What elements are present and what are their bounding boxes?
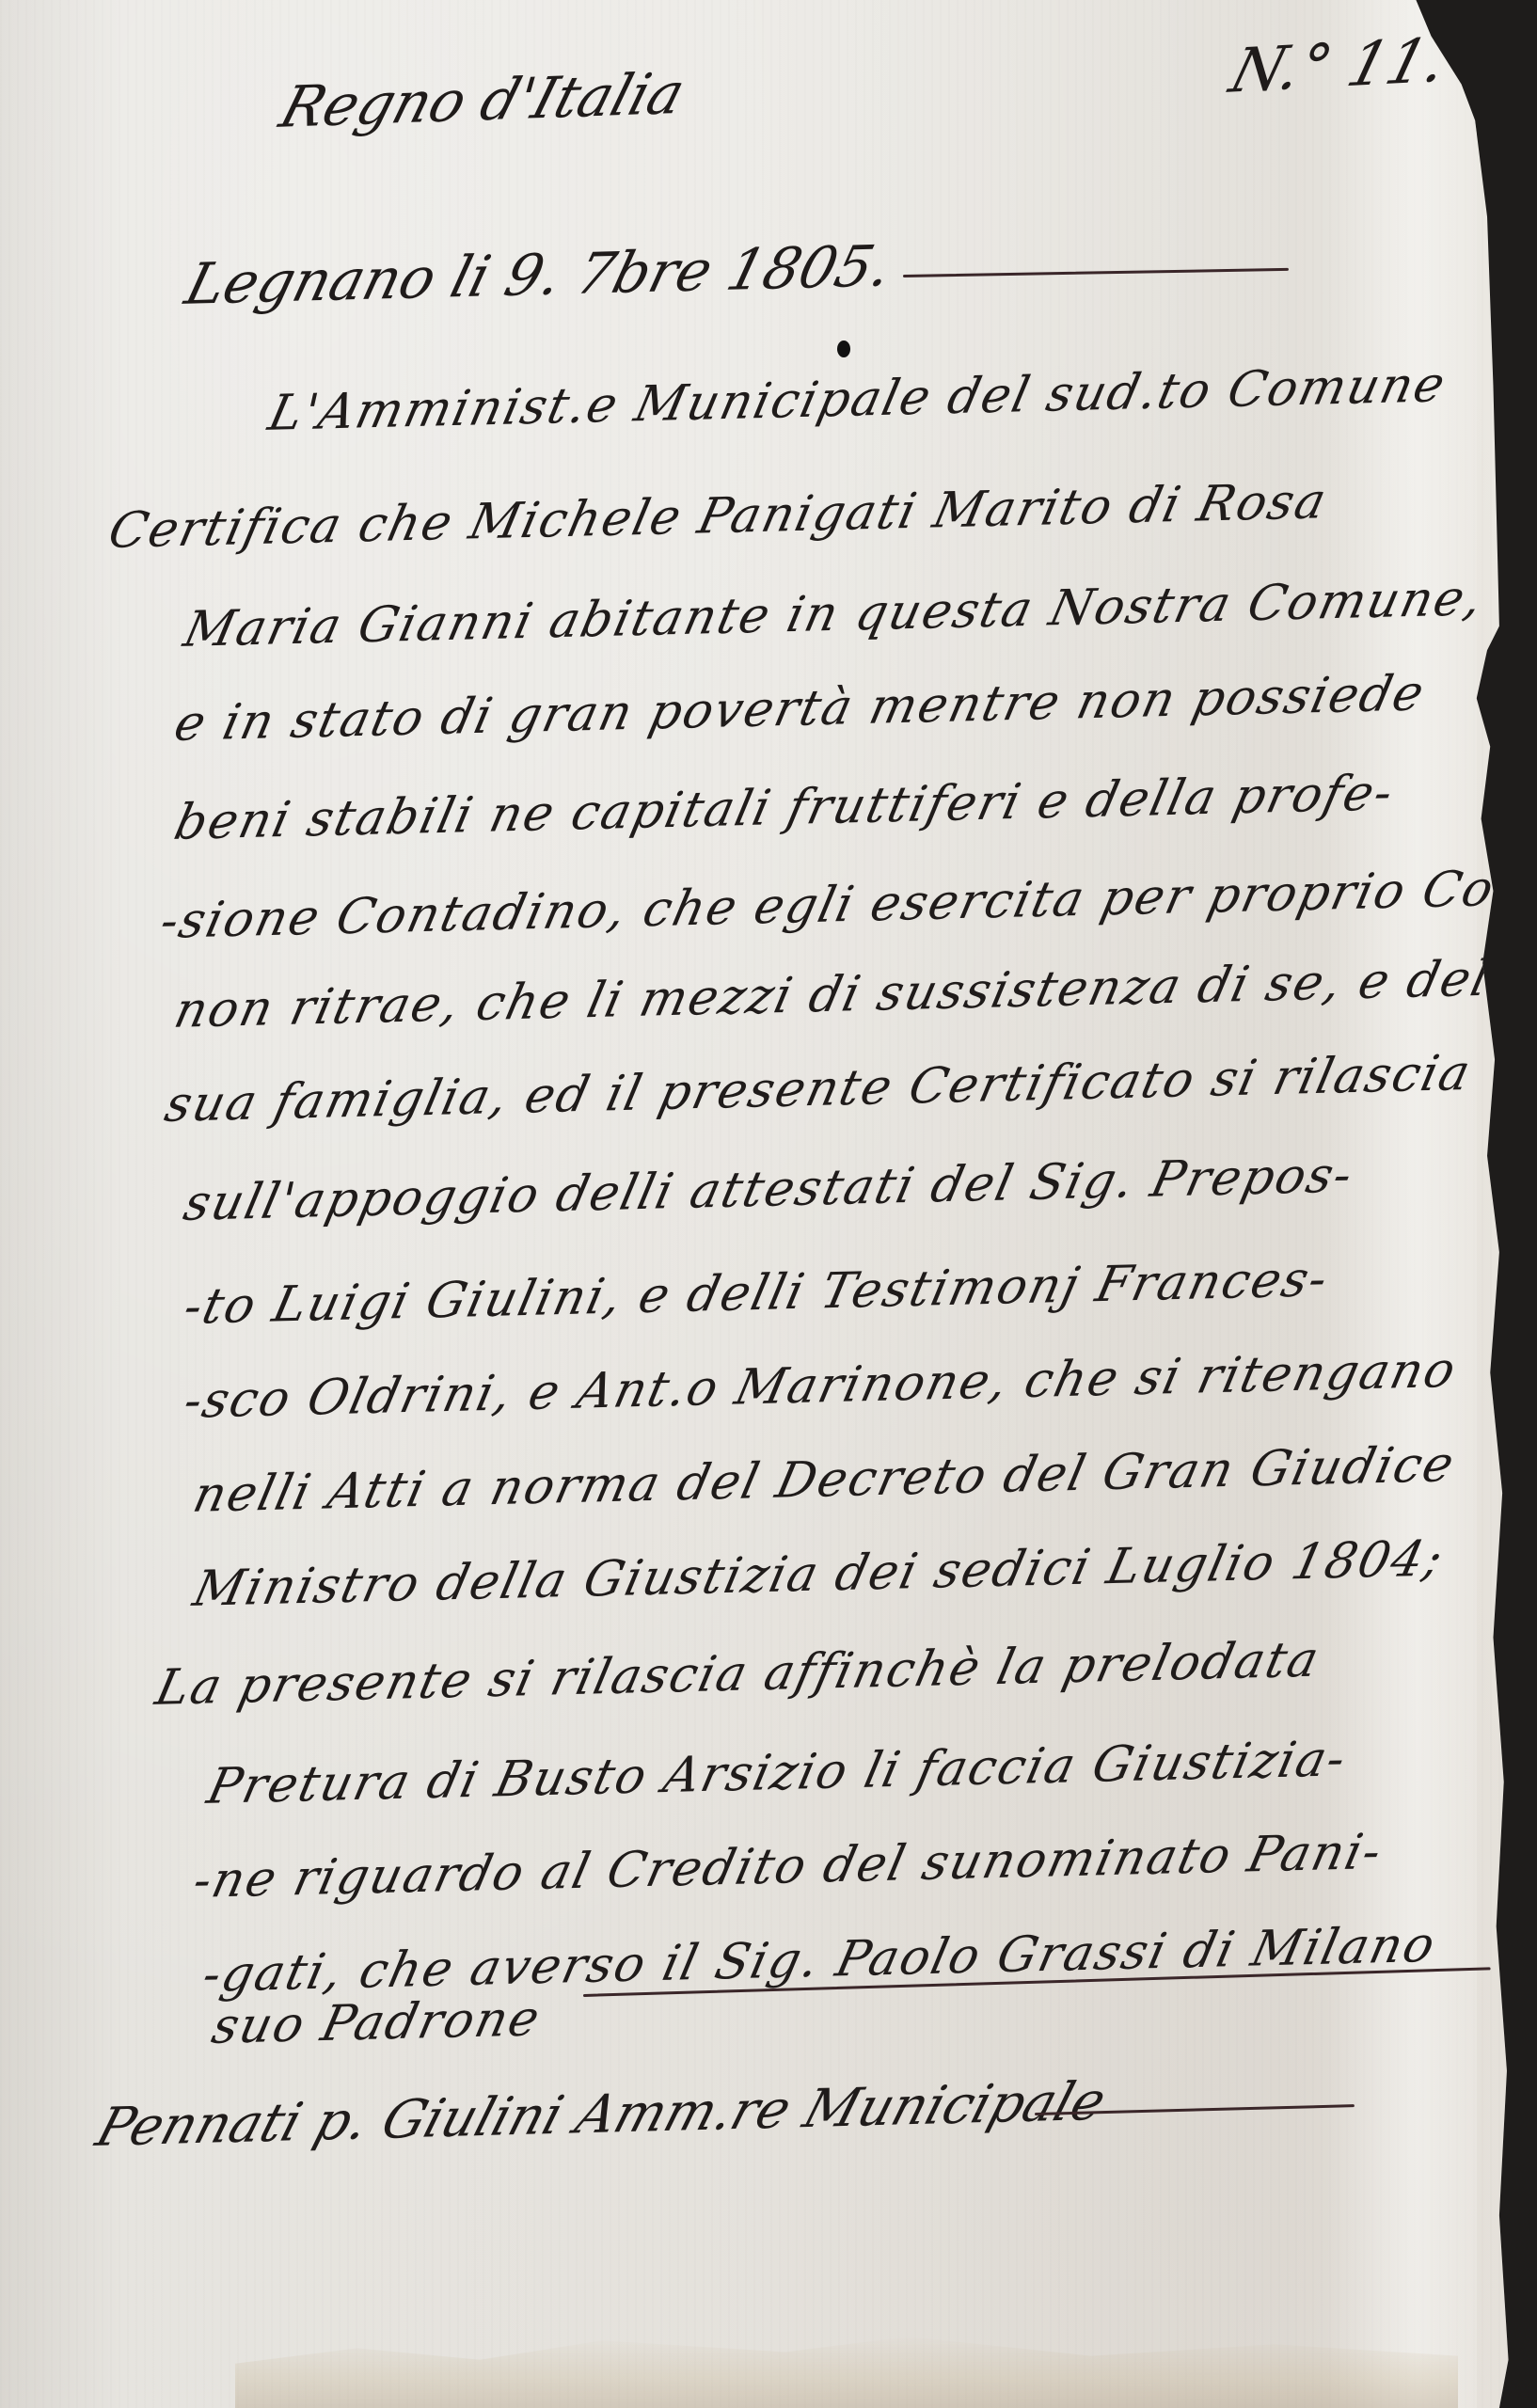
date-rule — [903, 268, 1289, 277]
text-line-12: nelli Atti a norma del Decreto del Gran … — [188, 1436, 1461, 1524]
text-line-3: Maria Gianni abitante in questa Nostra C… — [179, 570, 1489, 658]
text-line-4: e in stato di gran povertà mentre non po… — [169, 665, 1431, 752]
document-paper: Regno d'Italia N.° 11. Legnano li 9. 7br… — [0, 0, 1514, 2408]
text-line-16: -ne riguardo al Credito del sunominato P… — [188, 1824, 1388, 1909]
date-line: Legnano li 9. 7bre 1805. — [179, 233, 898, 318]
text-line-2: Certifica che Michele Panigati Marito di… — [103, 473, 1333, 560]
reference-number: N.° 11. — [1223, 25, 1454, 107]
ink-dot — [837, 341, 850, 357]
text-line-17: -gati, che averso il Sig. Paolo Grassi d… — [198, 1917, 1442, 2004]
text-line-5: beni stabili ne capitali fruttiferi e de… — [169, 765, 1400, 851]
text-line-11: -sco Oldrini, e Ant.o Marinone, che si r… — [179, 1342, 1462, 1430]
water-stain — [235, 2333, 1458, 2408]
text-line-14: La presente si rilascia affinchè la prel… — [151, 1631, 1325, 1717]
document-heading: Regno d'Italia — [273, 60, 692, 141]
text-line-13: Ministro della Giustizia dei sedici Lugl… — [188, 1530, 1450, 1618]
text-line-18: suo Padrone — [207, 1990, 547, 2055]
text-line-1: L'Amminist.e Municipale del sud.to Comun… — [263, 356, 1451, 442]
text-line-8: sua famiglia, ed il presente Certificato… — [160, 1045, 1477, 1133]
text-line-9: sull'appoggio delli attestati del Sig. P… — [179, 1147, 1359, 1232]
text-line-10: -to Luigi Giulini, e delli Testimonj Fra… — [179, 1251, 1334, 1336]
signature: Pennati p. Giulini Amm.re Municipale — [89, 2070, 1113, 2159]
text-line-15: Pretura di Busto Arsizio li faccia Giust… — [202, 1731, 1353, 1815]
